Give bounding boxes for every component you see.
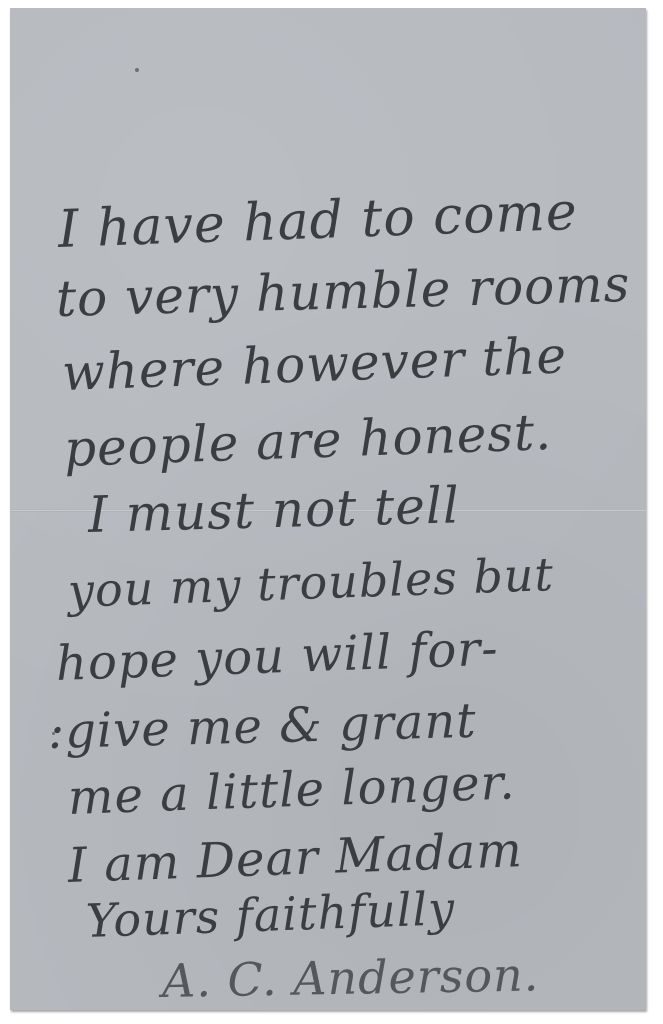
signature: A. C. Anderson. xyxy=(162,947,540,1008)
paper-speck xyxy=(135,68,139,72)
letter-line-9: me a little longer. xyxy=(67,754,516,826)
letter-line-1: I have had to come xyxy=(57,182,579,260)
letter-line-8: :give me & grant xyxy=(47,693,477,760)
valediction-line: Yours faithfully xyxy=(85,881,456,948)
letter-line-4: people are honest. xyxy=(63,403,553,478)
letter-page: I have had to come to very humble rooms … xyxy=(0,0,663,1024)
letter-line-3: where however the xyxy=(61,326,568,402)
letter-line-6: you my troubles but xyxy=(67,547,555,618)
letter-line-2: to very humble rooms xyxy=(55,255,631,328)
letter-paper: I have had to come to very humble rooms … xyxy=(10,8,646,1010)
closing-line: I am Dear Madam xyxy=(67,822,524,894)
letter-line-5: I must not tell xyxy=(87,476,460,544)
letter-line-7: hope you will for- xyxy=(55,621,499,692)
